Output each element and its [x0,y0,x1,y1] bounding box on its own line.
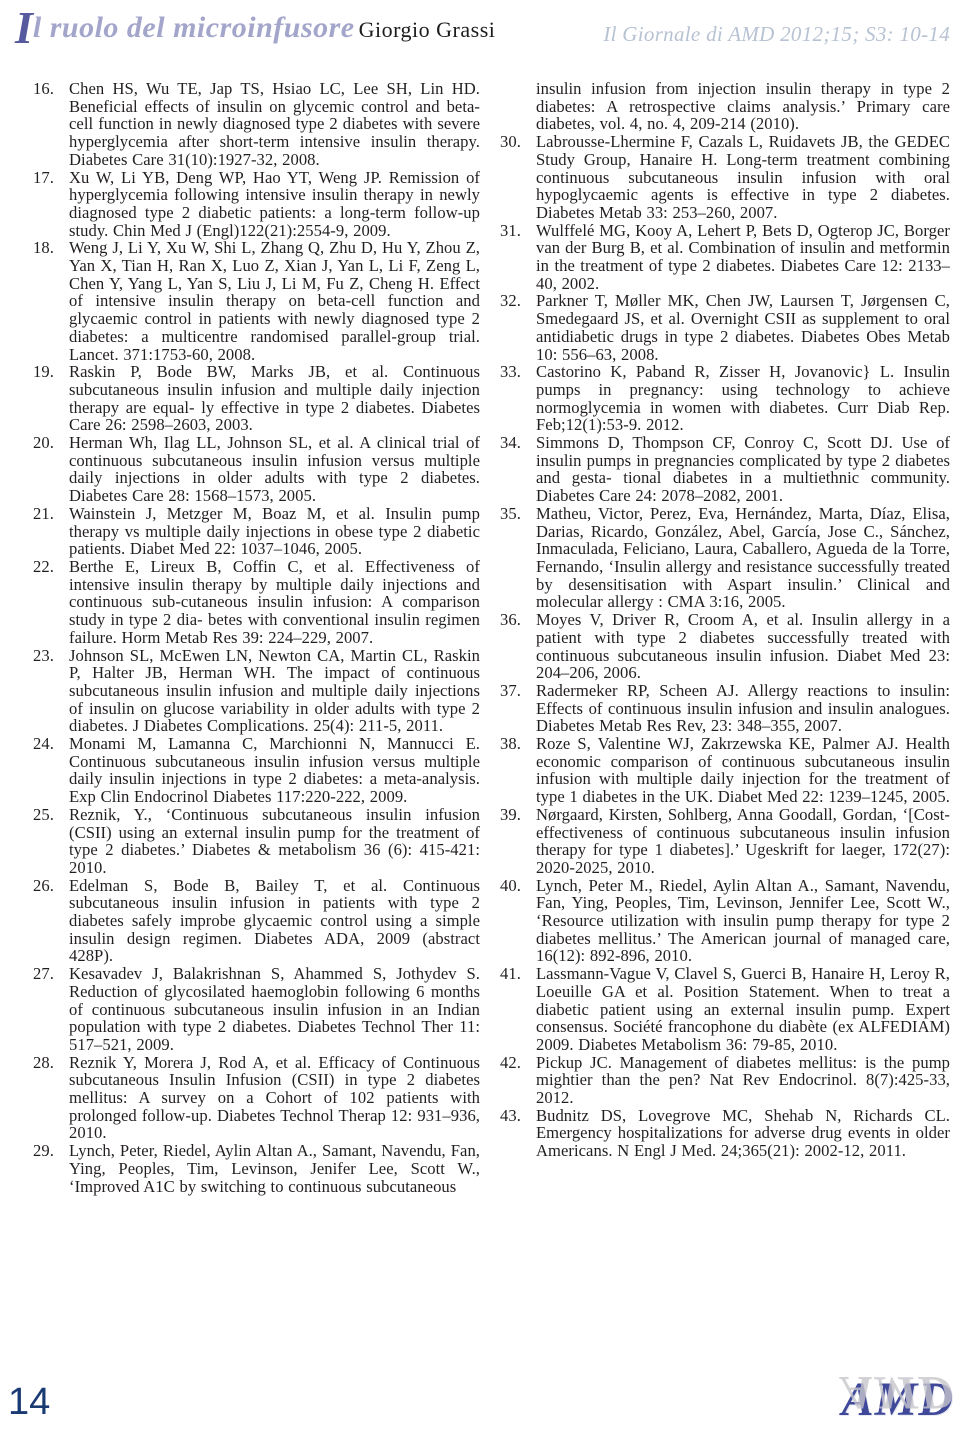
reference-text: Roze S, Valentine WJ, Zakrzewska KE, Pal… [536,734,950,806]
page-header: Il ruolo del microinfusore Giorgio Grass… [15,8,950,56]
reference-item: 26. Edelman S, Bode B, Bailey T, et al. … [33,877,480,966]
reference-item: 27. Kesavadev J, Balakrishnan S, Ahammed… [33,965,480,1054]
reference-number: 16. [33,80,63,98]
reference-number: 40. [500,877,530,895]
reference-number: 18. [33,239,63,257]
reference-text: Monami M, Lamanna C, Marchionni N, Mannu… [69,734,480,806]
reference-item: 31. Wulffelé MG, Kooy A, Lehert P, Bets … [500,222,950,293]
reference-item: 37. Radermeker RP, Scheen AJ. Allergy re… [500,682,950,735]
reference-number: 35. [500,505,530,523]
reference-number: 38. [500,735,530,753]
reference-number: 36. [500,611,530,629]
reference-number: 37. [500,682,530,700]
reference-item: 41. Lassmann-Vague V, Clavel S, Guerci B… [500,965,950,1054]
reference-number: 34. [500,434,530,452]
reference-text: Lassmann-Vague V, Clavel S, Guerci B, Ha… [536,964,950,1054]
reference-text: Berthe E, Lireux B, Coffin C, et al. Eff… [69,557,480,647]
reference-text: Castorino K, Paband R, Zisser H, Jovanov… [536,362,950,434]
reference-text: insulin infusion from injection insulin … [536,79,950,133]
reference-text: Raskin P, Bode BW, Marks JB, et al. Cont… [69,362,480,434]
reference-item: 20. Herman Wh, Ilag LL, Johnson SL, et a… [33,434,480,505]
reference-item: 42. Pickup JC. Management of diabetes me… [500,1054,950,1107]
reference-item: 38. Roze S, Valentine WJ, Zakrzewska KE,… [500,735,950,806]
reference-number: 29. [33,1142,63,1160]
reference-item: 21. Wainstein J, Metzger M, Boaz M, et a… [33,505,480,558]
reference-item: 43. Budnitz DS, Lovegrove MC, Shehab N, … [500,1107,950,1160]
reference-item: 33. Castorino K, Paband R, Zisser H, Jov… [500,363,950,434]
reference-text: Pickup JC. Management of diabetes mellit… [536,1053,950,1107]
reference-text: Johnson SL, McEwen LN, Newton CA, Martin… [69,646,480,736]
reference-number: 39. [500,806,530,824]
reference-number: 22. [33,558,63,576]
reference-text: Simmons D, Thompson CF, Conroy C, Scott … [536,433,950,505]
reference-number: 41. [500,965,530,983]
reference-text: Xu W, Li YB, Deng WP, Hao YT, Weng JP. R… [69,168,480,240]
reference-text: Wulffelé MG, Kooy A, Lehert P, Bets D, O… [536,221,950,293]
reference-text: Chen HS, Wu TE, Jap TS, Hsiao LC, Lee SH… [69,79,480,169]
reference-item: 17. Xu W, Li YB, Deng WP, Hao YT, Weng J… [33,169,480,240]
reference-text: Lynch, Peter M., Riedel, Aylin Altan A.,… [536,876,950,966]
document-page: Il ruolo del microinfusore Giorgio Grass… [0,0,960,1452]
article-title: Il ruolo del microinfusore Giorgio Grass… [15,8,495,48]
reference-text: Kesavadev J, Balakrishnan S, Ahammed S, … [69,964,480,1054]
reference-item: 36. Moyes V, Driver R, Croom A, et al. I… [500,611,950,682]
reference-number: 19. [33,363,63,381]
reference-text: Weng J, Li Y, Xu W, Shi L, Zhang Q, Zhu … [69,238,480,363]
reference-text: Lynch, Peter, Riedel, Aylin Altan A., Sa… [69,1141,480,1195]
reference-text: Parkner T, Møller MK, Chen JW, Laursen T… [536,291,950,363]
reference-text: Moyes V, Driver R, Croom A, et al. Insul… [536,610,950,682]
reference-number: 20. [33,434,63,452]
reference-text: Budnitz DS, Lovegrove MC, Shehab N, Rich… [536,1106,950,1160]
reference-item: 39. Nørgaard, Kirsten, Sohlberg, Anna Go… [500,806,950,877]
reference-text: Radermeker RP, Scheen AJ. Allergy reacti… [536,681,950,735]
journal-citation: Il Giornale di AMD 2012;15; S3: 10-14 [603,22,950,47]
reference-number: 21. [33,505,63,523]
reference-number: 24. [33,735,63,753]
reference-text: Nørgaard, Kirsten, Sohlberg, Anna Goodal… [536,805,950,877]
reference-number: 30. [500,133,530,151]
article-author: Giorgio Grassi [359,17,496,42]
reference-text: Edelman S, Bode B, Bailey T, et al. Cont… [69,876,480,966]
reference-number: 33. [500,363,530,381]
reference-item: 40. Lynch, Peter M., Riedel, Aylin Altan… [500,877,950,966]
reference-item: 25. Reznik, Y., ‘Continuous subcutaneous… [33,806,480,877]
reference-number: 17. [33,169,63,187]
reference-item: insulin infusion from injection insulin … [500,80,950,133]
reference-text: Wainstein J, Metzger M, Boaz M, et al. I… [69,504,480,558]
reference-text: Matheu, Victor, Perez, Eva, Hernández, M… [536,504,950,612]
reference-item: 19. Raskin P, Bode BW, Marks JB, et al. … [33,363,480,434]
page-number: 14 [8,1381,50,1424]
reference-text: Labrousse-Lhermine F, Cazals L, Ruidavet… [536,132,950,222]
amd-logo: AMD AMD [842,1378,954,1452]
reference-number: 32. [500,292,530,310]
article-title-initial: I [15,2,33,53]
reference-text: Reznik Y, Morera J, Rod A, et al. Effica… [69,1053,480,1143]
reference-item: 16. Chen HS, Wu TE, Jap TS, Hsiao LC, Le… [33,80,480,169]
reference-number: 28. [33,1054,63,1072]
reference-number: 23. [33,647,63,665]
reference-number: 27. [33,965,63,983]
reference-item: 35. Matheu, Victor, Perez, Eva, Hernánde… [500,505,950,611]
reference-text: Reznik, Y., ‘Continuous subcutaneous ins… [69,805,480,877]
references-right-column: insulin infusion from injection insulin … [500,80,950,1195]
reference-item: 28. Reznik Y, Morera J, Rod A, et al. Ef… [33,1054,480,1143]
reference-item: 23. Johnson SL, McEwen LN, Newton CA, Ma… [33,647,480,736]
amd-logo-reflection: AMD [842,1370,954,1414]
reference-number: 26. [33,877,63,895]
reference-item: 29. Lynch, Peter, Riedel, Aylin Altan A.… [33,1142,480,1195]
reference-number: 25. [33,806,63,824]
reference-item: 22. Berthe E, Lireux B, Coffin C, et al.… [33,558,480,647]
reference-text: Herman Wh, Ilag LL, Johnson SL, et al. A… [69,433,480,505]
reference-number: 42. [500,1054,530,1072]
reference-item: 32. Parkner T, Møller MK, Chen JW, Laurs… [500,292,950,363]
references-section: 16. Chen HS, Wu TE, Jap TS, Hsiao LC, Le… [33,80,950,1195]
references-left-column: 16. Chen HS, Wu TE, Jap TS, Hsiao LC, Le… [33,80,480,1195]
reference-number: 43. [500,1107,530,1125]
reference-item: 30. Labrousse-Lhermine F, Cazals L, Ruid… [500,133,950,222]
article-title-text: l ruolo del microinfusore [33,11,355,44]
reference-item: 34. Simmons D, Thompson CF, Conroy C, Sc… [500,434,950,505]
reference-item: 18. Weng J, Li Y, Xu W, Shi L, Zhang Q, … [33,239,480,363]
reference-item: 24. Monami M, Lamanna C, Marchionni N, M… [33,735,480,806]
reference-number: 31. [500,222,530,240]
